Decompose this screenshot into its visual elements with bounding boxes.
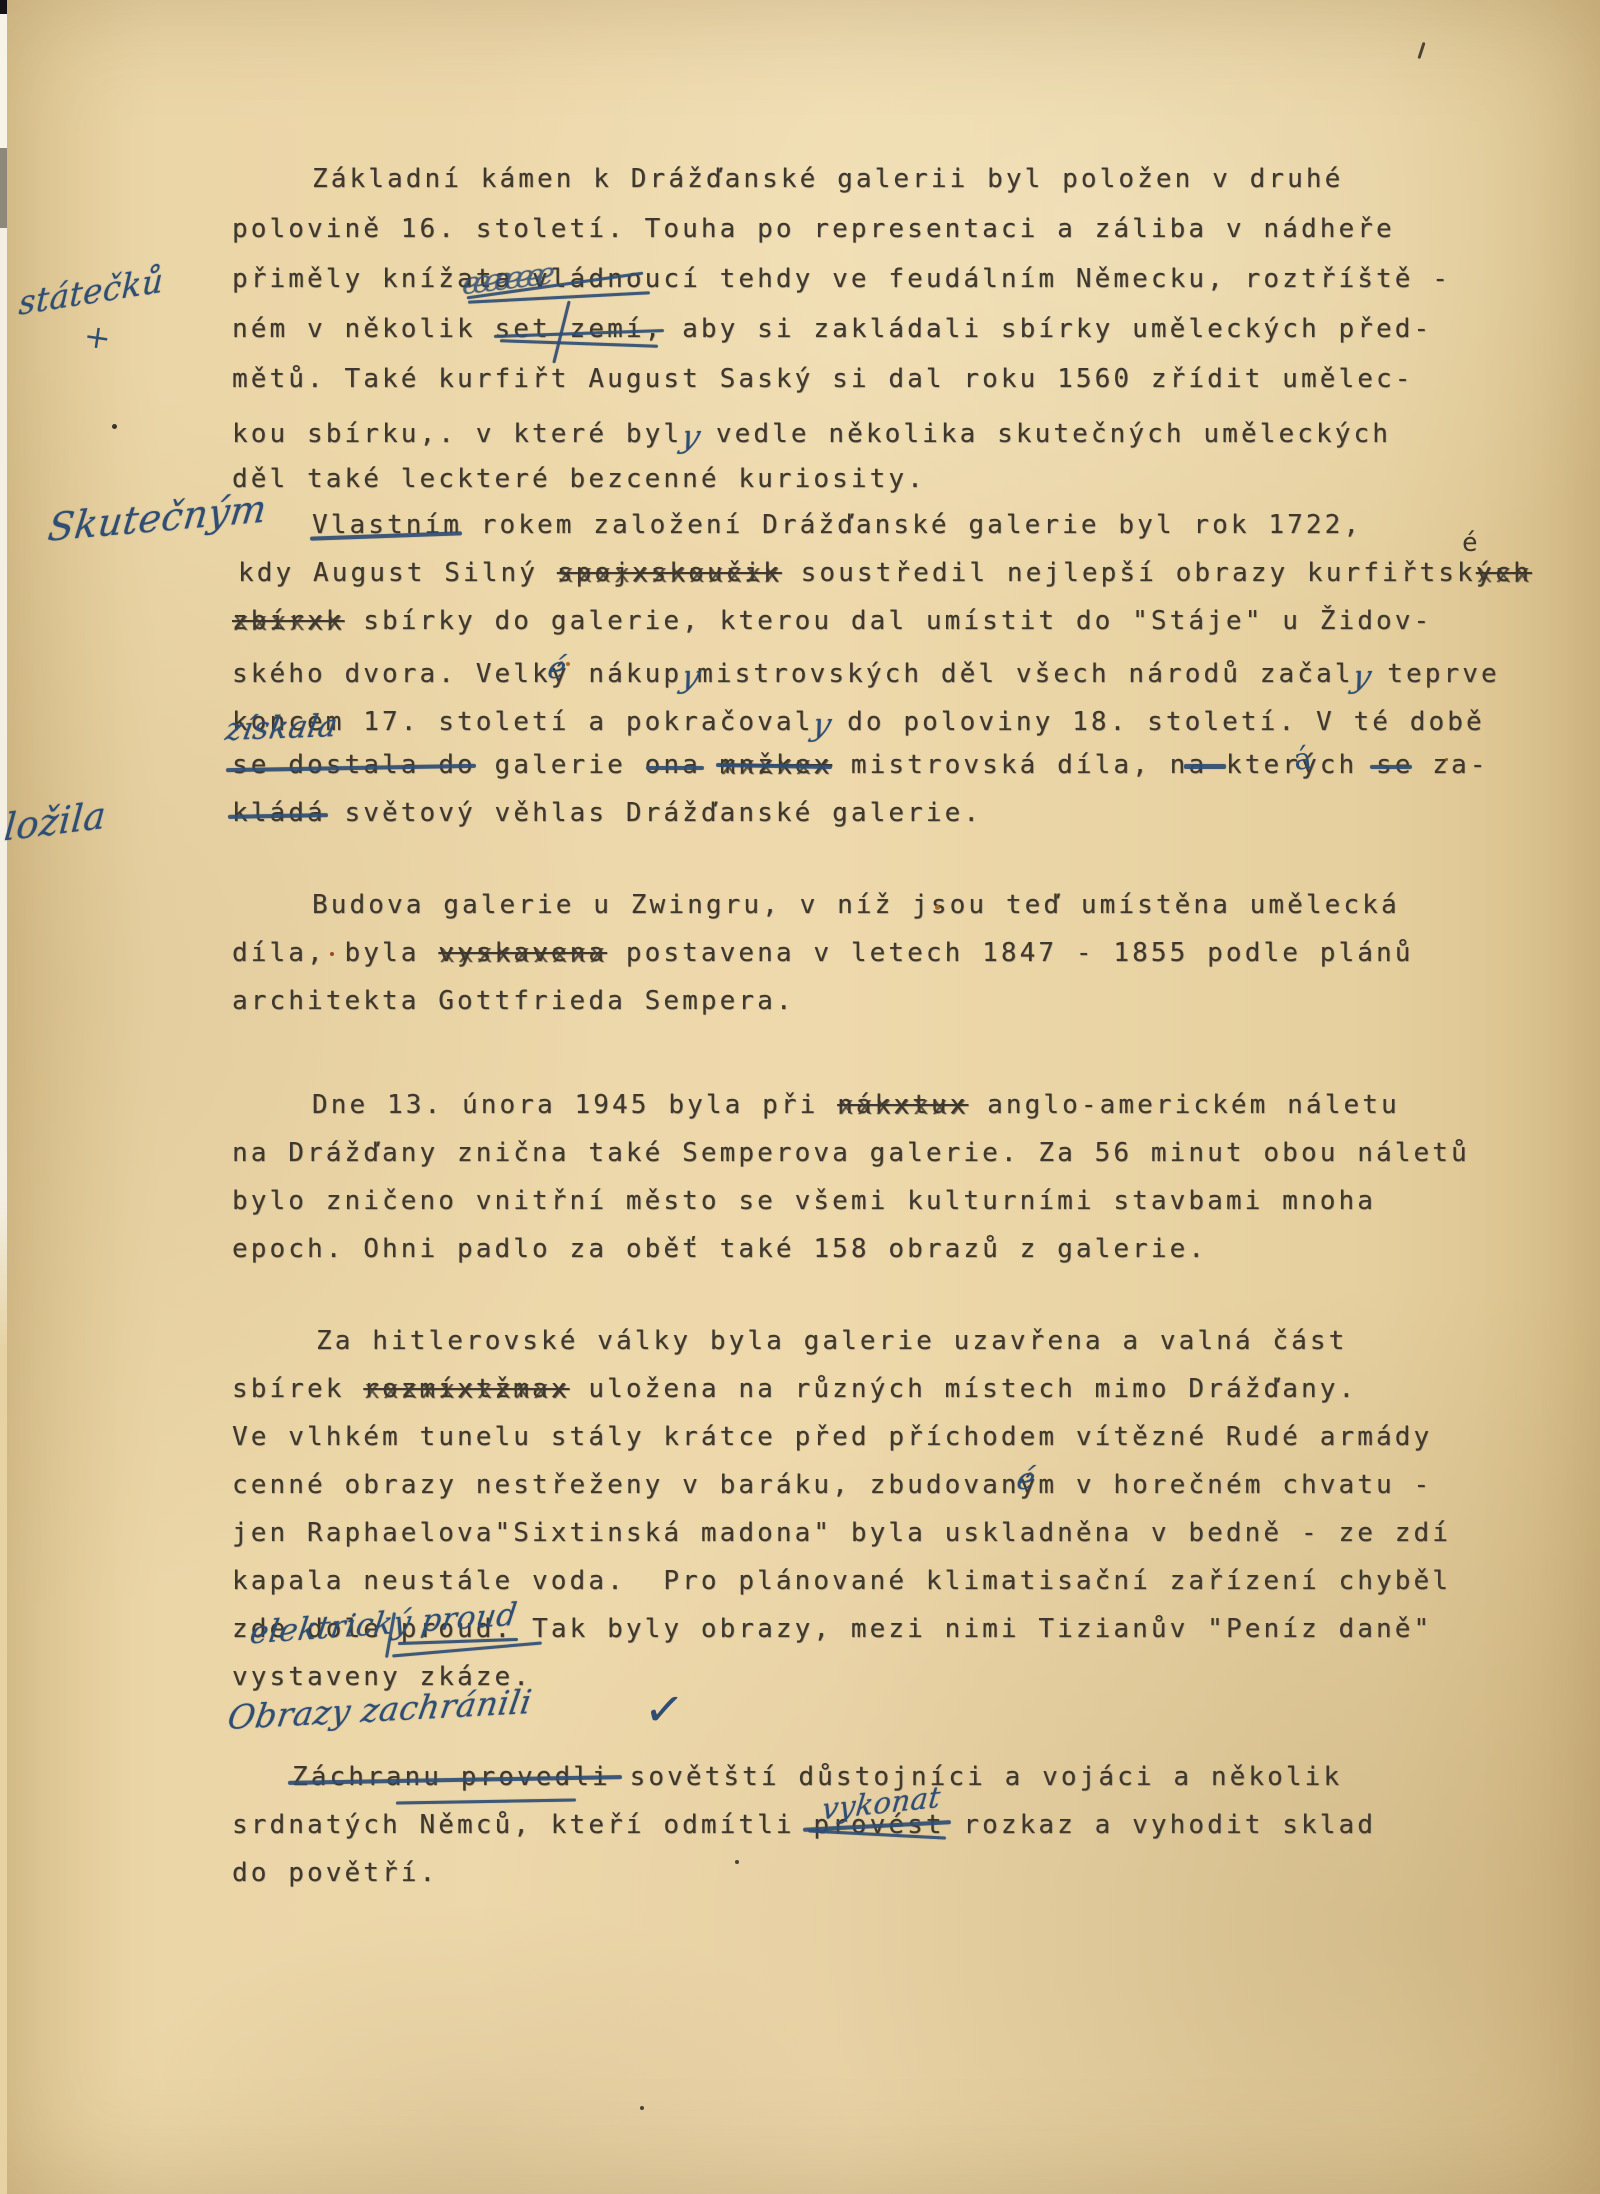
overtyped-struck-word: nákxtuxxxxxxxx xyxy=(837,1090,968,1120)
overtyped-struck-word: ýchxxx xyxy=(1476,558,1532,588)
typescript-line: ského dvora. Velkýé nákupymistrovských d… xyxy=(232,654,1500,690)
typed-text: do povětří. xyxy=(232,1858,438,1888)
typed-text: m v horečném chvatu - xyxy=(1038,1470,1432,1500)
typescript-line: jen Raphaelova"Sixtinská madona" byla us… xyxy=(232,1518,1451,1554)
typed-text: díla, byla xyxy=(232,938,438,968)
typed-text: Tak byly obrazy, mezi nimi Tizianův "Pen… xyxy=(513,1614,1432,1644)
typed-text: Základní kámen k Drážďanské galerii byl … xyxy=(312,164,1343,194)
typed-text: světový věhlas Drážďanské galerie. xyxy=(326,798,982,828)
typescript-line: kou sbírku,. v které byly vedle několika… xyxy=(232,414,1391,450)
typed-text: rokem založení Drážďanské galerie byl ro… xyxy=(462,510,1362,540)
typescript-line: kapala neustále voda. Pro plánované klim… xyxy=(232,1566,1451,1602)
typescript-line: sbírek rozmíxtžmaxxxxxxxxxxxx uložena na… xyxy=(232,1374,1357,1410)
underline-provedli xyxy=(396,1798,576,1804)
typescript-line: na Drážďany znična také Semperova galeri… xyxy=(232,1138,1470,1174)
margin-note-statecku: státečků xyxy=(18,260,165,323)
typed-text: Budova galerie u Zwingru, v níž jsou teď… xyxy=(312,890,1400,920)
inline-note-ziskala: získala xyxy=(223,708,341,748)
typescript-line: koncem 17. století a pokračovaly do polo… xyxy=(232,702,1485,738)
typed-text: děl také leckteré bezcenné kuriosity. xyxy=(232,464,926,494)
typed-text: postavena v letech 1847 - 1855 podle plá… xyxy=(607,938,1413,968)
typed-text: kou sbírku,. v které byl xyxy=(232,419,682,449)
margin-note-skutecnym: Skutečným xyxy=(46,486,270,550)
typescript-line: Ve vlhkém tunelu stály krátce před přích… xyxy=(232,1422,1432,1458)
typescript-line: kládá světový věhlas Drážďanské galerie. xyxy=(232,798,982,834)
typed-text: polovině 16. století. Touha po represent… xyxy=(232,214,1395,244)
typescript-line: do povětří. xyxy=(232,1858,438,1894)
typed-text: přiměly knížata vládnoucí tehdy ve feudá… xyxy=(232,264,1451,294)
paper-speck xyxy=(935,905,940,910)
typescript-line: polovině 16. století. Touha po represent… xyxy=(232,214,1395,250)
check-mark: ✓ xyxy=(641,1680,687,1740)
typed-text: rozkaz a vyhodit sklad xyxy=(945,1810,1376,1840)
typed-text: sbírek xyxy=(232,1374,363,1404)
typescript-line: Budova galerie u Zwingru, v níž jsou teď… xyxy=(312,890,1400,926)
typed-text: ského dvora. Velk xyxy=(232,659,551,689)
paper-speck xyxy=(566,662,570,666)
typescript-line: přiměly knížata vládnoucí tehdy ve feudá… xyxy=(232,264,1451,300)
stray-pen-tick xyxy=(1417,42,1425,59)
overtyped-struck-word: zbírxkxxxxxx xyxy=(232,606,345,636)
typescript-line: Základní kámen k Drážďanské galerii byl … xyxy=(312,164,1343,200)
typed-text: , aby si zakládali sbírky uměleckých pře… xyxy=(645,314,1433,344)
typed-text: vedle několika skutečných uměleckých xyxy=(697,419,1391,449)
typed-text: na Drážďany znična také Semperova galeri… xyxy=(232,1138,1470,1168)
typescript-line: ném v několik set zemí, aby si zakládali… xyxy=(232,314,1432,350)
typescript-line: bylo zničeno vnitřní město se všemi kult… xyxy=(232,1186,1376,1222)
overtyped-struck-word: spojxskoučikxxxxxxxxxxxx xyxy=(557,558,782,588)
margin-note-lozila: ložila xyxy=(2,793,107,849)
typescript-line: Za hitlerovské války byla galerie uzavře… xyxy=(316,1326,1347,1362)
typed-text: jen Raphaelova"Sixtinská madona" byla us… xyxy=(232,1518,1451,1548)
typescript-line: zbírxkxxxxxx sbírky do galerie, kterou d… xyxy=(232,606,1432,642)
typed-text: srdnatých Němců, kteří odmítli xyxy=(232,1810,813,1840)
scan-edge-strip xyxy=(0,0,7,2194)
paper-speck xyxy=(330,952,334,956)
typed-text: Ve vlhkém tunelu stály krátce před přích… xyxy=(232,1422,1432,1452)
overtyped-struck-word: vyskavenaxxxxxxxxx xyxy=(438,938,607,968)
correction-letter-a: á xyxy=(1292,741,1313,778)
paper-speck xyxy=(1445,758,1448,761)
overtyped-struck-word: rozmíxtžmaxxxxxxxxxxxx xyxy=(363,1374,569,1404)
typescript-line: děl také leckteré bezcenné kuriosity. xyxy=(232,464,926,500)
typed-text: mětů. Také kurfiřt August Saský si dal r… xyxy=(232,364,1413,394)
paper-speck xyxy=(735,1860,739,1864)
document-page: Základní kámen k Drážďanské galerii byl … xyxy=(0,0,1600,2194)
typed-text: epoch. Ohni padlo za oběť také 158 obraz… xyxy=(232,1234,1207,1264)
paper-speck xyxy=(112,424,117,429)
typed-text: teprve xyxy=(1368,659,1499,689)
typed-text: sovětští důstojníci a vojáci a několik xyxy=(611,1762,1342,1792)
pen-corrected-letter: ýé xyxy=(1020,1470,1039,1500)
typed-text: anglo-americkém náletu xyxy=(968,1090,1399,1120)
typed-text: nákup xyxy=(570,659,683,689)
typescript-line: mětů. Také kurfiřt August Saský si dal r… xyxy=(232,364,1413,400)
typescript-line: cenné obrazy nestřeženy v baráku, zbudov… xyxy=(232,1470,1432,1506)
strike-na xyxy=(1184,764,1226,769)
typescript-line: Vlastním rokem založení Drážďanské galer… xyxy=(312,510,1362,546)
scanned-typescript: { "colors": {"paper": "#e9d4a6", "typed_… xyxy=(0,0,1600,2194)
typed-text: kdy August Silný xyxy=(238,558,557,588)
typescript-line: epoch. Ohni padlo za oběť také 158 obraz… xyxy=(232,1234,1207,1270)
typescript-line: díla, byla vyskavenaxxxxxxxxx postavena … xyxy=(232,938,1413,974)
insertion-plus-mark: + xyxy=(81,316,113,357)
paper-speck xyxy=(640,2106,644,2110)
typed-text: uložena na různých místech mimo Drážďany… xyxy=(570,1374,1358,1404)
typed-text: ném v několik xyxy=(232,314,495,344)
strike-ona xyxy=(646,766,704,770)
typed-text: bylo zničeno vnitřní město se všemi kult… xyxy=(232,1186,1376,1216)
typed-text: cenné obrazy nestřeženy v baráku, zbudov… xyxy=(232,1470,1020,1500)
typed-correction-letter-e: é xyxy=(1462,528,1478,558)
strike-se xyxy=(1370,765,1412,769)
typescript-line: architekta Gottfrieda Sempera. xyxy=(232,986,795,1022)
typed-text: sbírky do galerie, kterou dal umístit do… xyxy=(345,606,1433,636)
typescript-line: Dne 13. února 1945 byla při nákxtuxxxxxx… xyxy=(312,1090,1400,1126)
typed-text: mistrovských děl všech národů začal xyxy=(697,659,1353,689)
typed-text: Za hitlerovské války byla galerie uzavře… xyxy=(316,1326,1347,1356)
typed-text: Dne 13. února 1945 byla při xyxy=(312,1090,837,1120)
typed-text: architekta Gottfrieda Sempera. xyxy=(232,986,795,1016)
typed-text: do poloviny 18. století. V té době xyxy=(828,707,1484,737)
typed-text: kapala neustále voda. Pro plánované klim… xyxy=(232,1566,1451,1596)
typed-text: soustředil nejlepší obrazy kurfiřtsk xyxy=(782,558,1476,588)
typescript-line: kdy August Silný spojxskoučikxxxxxxxxxxx… xyxy=(238,558,1532,594)
